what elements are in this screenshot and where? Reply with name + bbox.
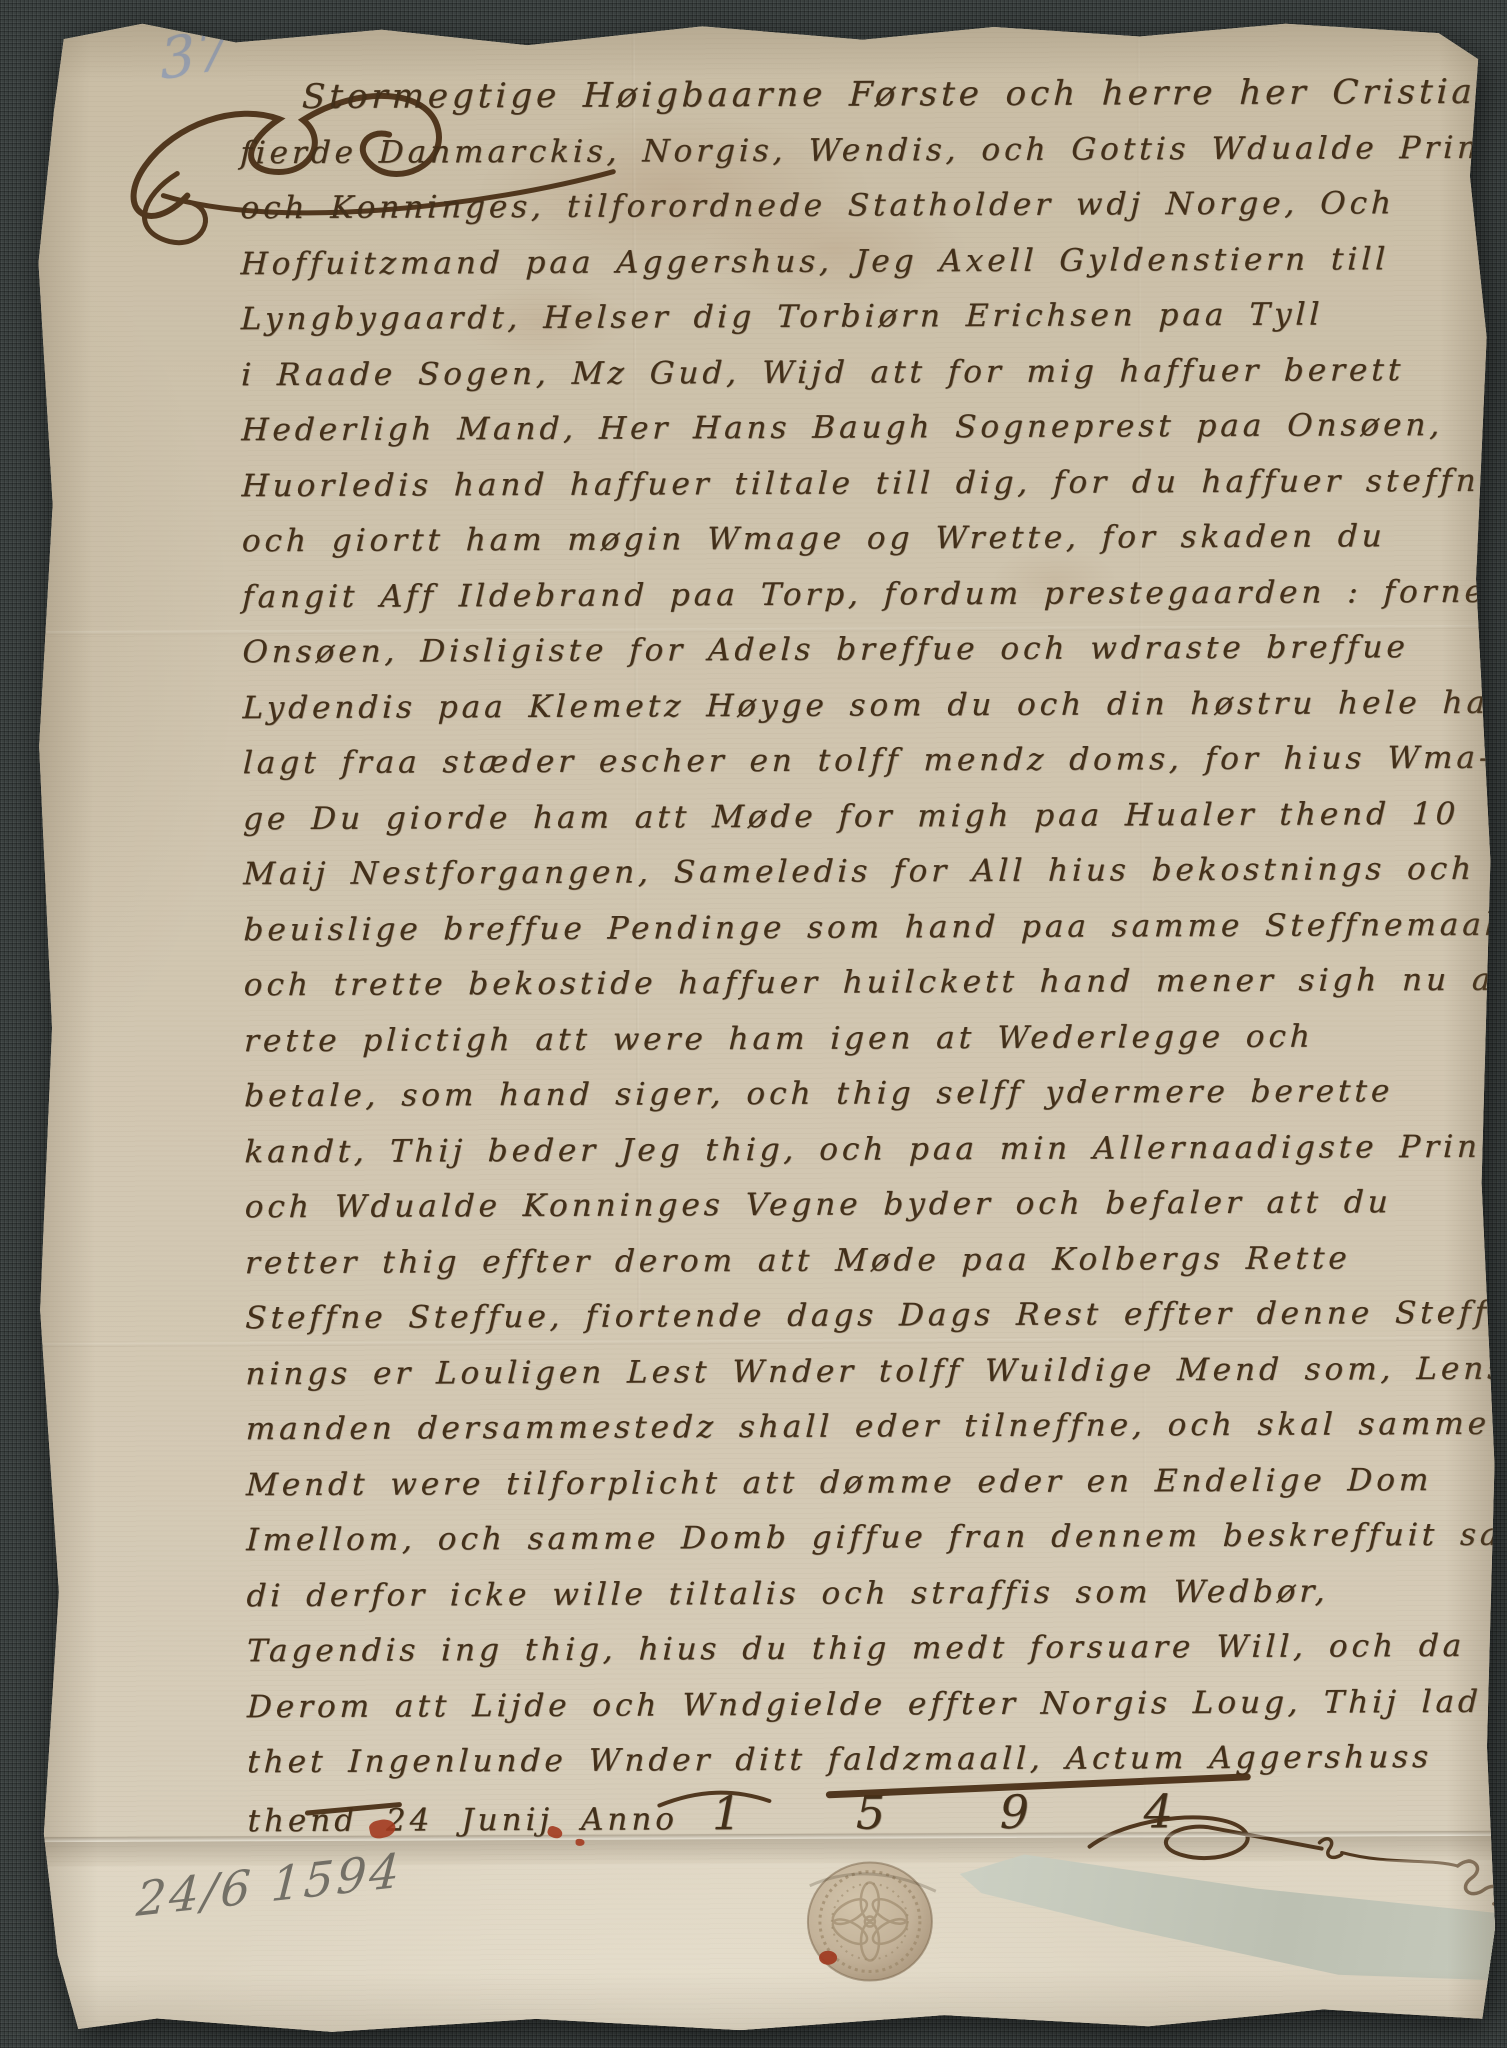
wax-remnant — [819, 1951, 837, 1965]
dateline-text: thend 24 Junij Anno — [247, 1801, 678, 1839]
manuscript-line: och giortt ham møgin Wmage og Wrette, fo… — [241, 509, 1483, 570]
manuscript-line: Hederligh Mand, Her Hans Baugh Sognepres… — [241, 398, 1483, 459]
manuscript-line: Stormegtige Høigbaarne Første och herre … — [301, 65, 1481, 126]
manuscript-line: och Wdualde Konninges Vegne byder och be… — [244, 1175, 1486, 1236]
lifted-paper-flap — [960, 1843, 1501, 2005]
manuscript-line: lagt fraa stæder escher en tolff mendz d… — [242, 731, 1484, 792]
manuscript-line: Onsøen, Disligiste for Adels breffue och… — [242, 620, 1484, 681]
pencil-date-note: 24/6 1594 — [135, 1843, 404, 1928]
wax-seal — [798, 1855, 949, 2001]
manuscript-line: retter thig effter derom att Møde paa Ko… — [244, 1230, 1486, 1291]
manuscript-line: fangit Aff Ildebrand paa Torp, fordum pr… — [241, 564, 1483, 625]
manuscript-line: Lydendis paa Klemetz Høyge som du och di… — [242, 675, 1484, 736]
manuscript-line: beuislige breffue Pendinge som hand paa … — [243, 897, 1485, 958]
manuscript-line: Derom att Lijde och Wndgielde effter Nor… — [246, 1674, 1488, 1735]
wax-remnant — [576, 1839, 585, 1846]
manuscript-line: och trette bekostide haffuer huilckett h… — [243, 953, 1485, 1014]
manuscript-dateline: thend 24 Junij Anno1 5 9 4 — [247, 1784, 1223, 1842]
manuscript-line: Huorledis hand haffuer tiltale till dig,… — [241, 453, 1483, 514]
manuscript-lines: Stormegtige Høigbaarne Første och herre … — [240, 65, 1487, 1791]
manuscript-line: rette plictigh att were ham igen at Wede… — [243, 1008, 1485, 1069]
manuscript-line: kandt, Thij beder Jeg thig, och paa min … — [244, 1119, 1486, 1180]
manuscript-line: Lyngbygaardt, Helser dig Torbiørn Erichs… — [240, 287, 1482, 348]
manuscript-line: och Konninges, tilforordnede Statholder … — [240, 176, 1482, 237]
manuscript-line: nings er Louligen Lest Wnder tolff Wuild… — [245, 1341, 1487, 1402]
manuscript-line: ge Du giorde ham att Møde for migh paa H… — [242, 786, 1484, 847]
seal-rosette — [829, 1882, 911, 1960]
manuscript-line: betale, som hand siger, och thig selff y… — [243, 1064, 1485, 1125]
manuscript-line: di derfor icke wille tiltalis och straff… — [246, 1563, 1488, 1624]
dateline-year: 1 5 9 4 — [712, 1784, 1223, 1840]
manuscript-line: Hoffuitzmand paa Aggershus, Jeg Axell Gy… — [240, 231, 1482, 292]
paper-shadow: 37 Stormegtige Høigbaarne Første och her… — [0, 0, 1507, 2048]
manuscript-line: i Raade Sogen, Mz Gud, Wijd att for mig … — [240, 342, 1482, 403]
manuscript-photo: 37 Stormegtige Høigbaarne Første och her… — [0, 0, 1507, 2048]
manuscript-line: fierde Danmarckis, Norgis, Wendis, och G… — [239, 120, 1481, 181]
manuscript-line: Steffne Steffue, fiortende dags Dags Res… — [244, 1286, 1486, 1347]
manuscript-line: thet Ingenlunde Wnder ditt faldzmaall, A… — [246, 1730, 1488, 1791]
manuscript-line: manden dersammestedz shall eder tilneffn… — [245, 1397, 1487, 1458]
pencil-archive-number: 37 — [158, 17, 232, 94]
manuscript-line: Imellom, och samme Domb giffue fran denn… — [245, 1508, 1487, 1569]
manuscript-line: Tagendis ing thig, hius du thig medt for… — [246, 1619, 1488, 1680]
letter-sheet: 37 Stormegtige Høigbaarne Første och her… — [32, 15, 1499, 2035]
manuscript-line: Mendt were tilforplicht att dømme eder e… — [245, 1452, 1487, 1513]
manuscript-line: Maij Nestforgangen, Sameledis for All hi… — [242, 842, 1484, 903]
